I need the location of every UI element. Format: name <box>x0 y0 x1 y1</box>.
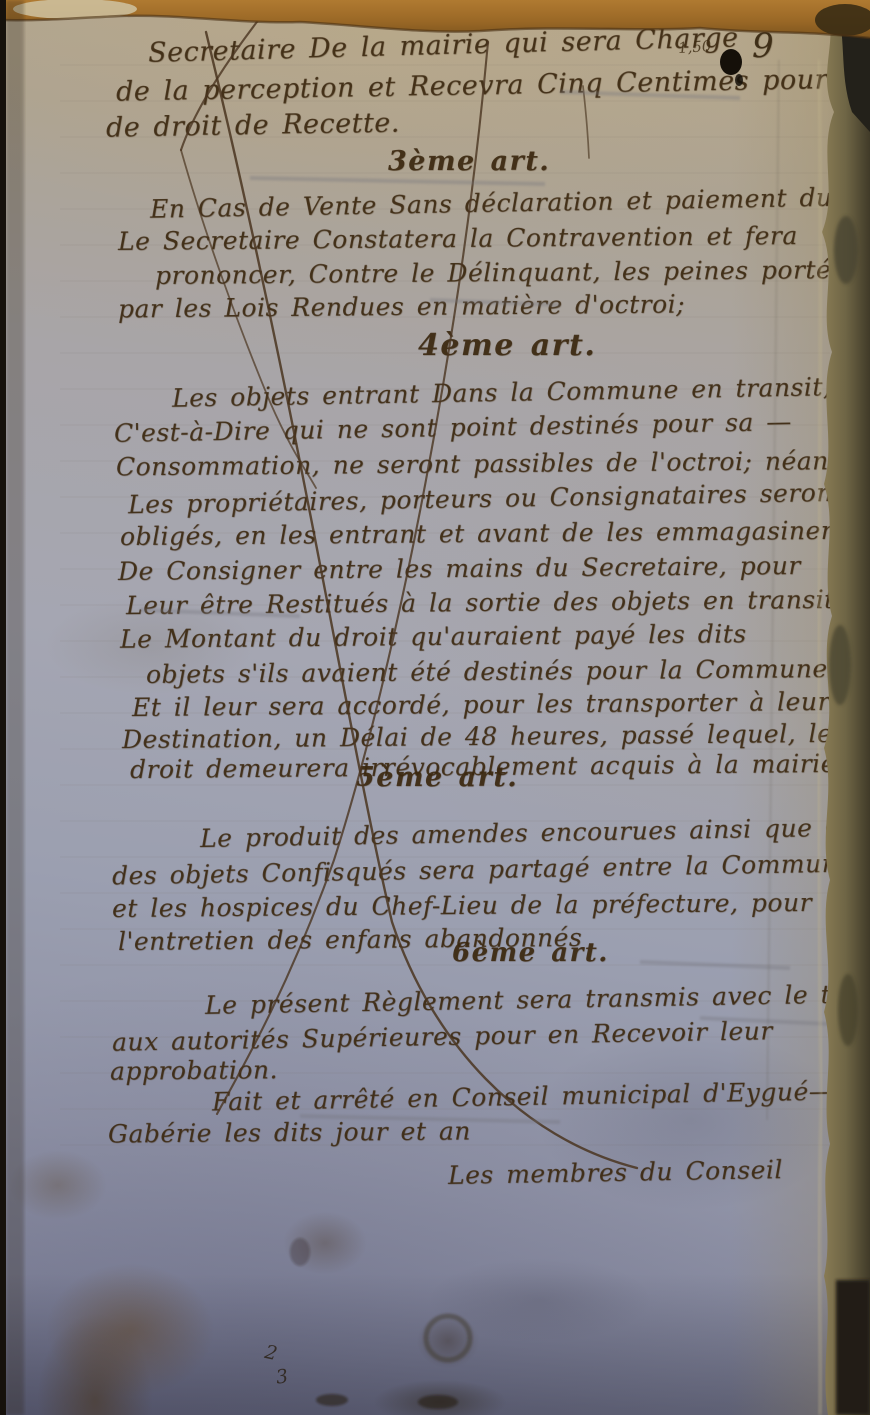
manuscript-line: Gabérie les dits jour et an <box>108 1116 471 1148</box>
manuscript-line: Le Montant du droit qu'auraient payé les… <box>120 619 747 653</box>
manuscript-line: 4ème art. <box>418 328 596 363</box>
manuscript-line: 3ème art. <box>388 146 550 177</box>
manuscript-line: approbation. <box>110 1055 278 1085</box>
manuscript-line: De Consigner entre les mains du Secretai… <box>118 551 801 586</box>
manuscript-line: Et il leur sera accordé, pour les transp… <box>132 687 830 722</box>
manuscript-line: de droit de Recette. <box>106 107 400 143</box>
manuscript-line: 6ème art. <box>452 938 609 968</box>
page-number: 9 <box>752 26 774 66</box>
manuscript-line: prononcer, Contre le Délinquant, les pei… <box>155 255 860 290</box>
marginal-notation: 1,50 <box>677 37 712 57</box>
manuscript-line: Destination, un Délai de 48 heures, pass… <box>122 719 833 754</box>
manuscript-line: Les membres du Conseil <box>448 1155 783 1190</box>
manuscript-line: Le Secretaire Constatera la Contraventio… <box>118 221 798 256</box>
manuscript-line: et les hospices du Chef-Lieu de la préfe… <box>112 888 812 923</box>
manuscript-line: 5ème art. <box>356 762 518 793</box>
manuscript-photo: Secretaire De la mairie qui sera Chargéd… <box>0 0 870 1415</box>
manuscript-line: objets s'ils avaient été destinés pour l… <box>146 654 836 689</box>
manuscript-line: par les Lois Rendues en matière d'octroi… <box>118 290 685 324</box>
